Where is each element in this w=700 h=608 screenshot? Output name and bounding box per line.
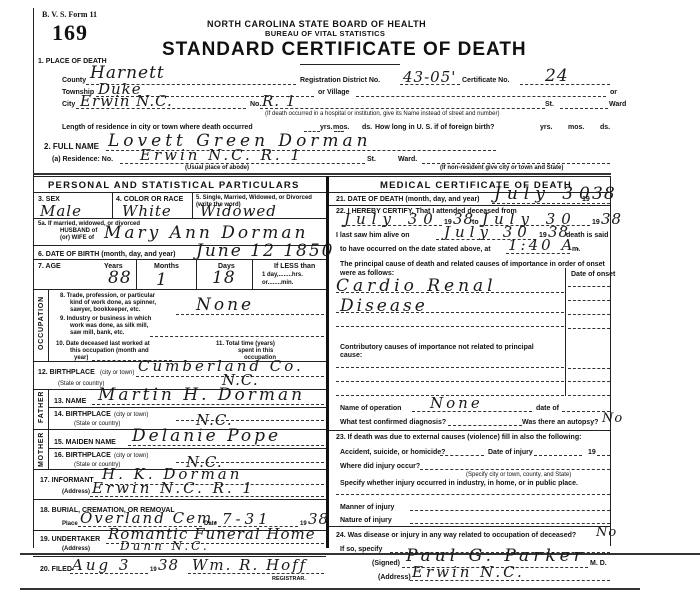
- spouse-label-3: (or) WIFE of: [60, 235, 94, 241]
- operation-label: Name of operation: [340, 405, 401, 412]
- page-title: STANDARD CERTIFICATE OF DEATH: [162, 39, 527, 61]
- residence-label: (a) Residence: No.: [52, 156, 113, 163]
- date-of-death-year-prefix: 19: [582, 196, 590, 203]
- age-row-line: [33, 289, 326, 290]
- contributory-line-2: [336, 381, 564, 382]
- date-of-onset-label: Date of onset: [571, 271, 615, 278]
- autopsy-row-line: [329, 430, 610, 431]
- date-of-death-year-value: 38: [592, 186, 616, 203]
- informant-label: 17. INFORMANT: [40, 477, 94, 484]
- residence-line: [120, 163, 365, 164]
- date-of-death-value: July 30: [494, 186, 596, 203]
- where-injury-line: [420, 469, 610, 470]
- onset-line-1: [568, 286, 610, 287]
- mother-maiden-label: 15. MAIDEN NAME: [54, 439, 116, 446]
- father-name-value: Martin H. Dorman: [98, 387, 305, 404]
- injury-year-prefix: 19: [588, 449, 596, 456]
- page-bottom-rule: [20, 588, 640, 590]
- registration-district-line: [400, 84, 460, 85]
- foreign-birth-label: How long in U. S. if of foreign birth?: [375, 124, 494, 131]
- undertaker-address-label: (Address): [62, 546, 90, 552]
- certificate-no-label: Certificate No.: [462, 77, 509, 84]
- birthplace-value: Cumberland Co.: [138, 359, 304, 374]
- informant-address-line: [90, 496, 324, 497]
- occupation-related-label: 24. Was disease or injury in any way rel…: [336, 532, 576, 539]
- city-value: Erwin N.C.: [80, 94, 173, 109]
- spouse-label-2: HUSBAND of: [60, 228, 97, 234]
- left-border: [33, 8, 34, 548]
- last-worked-label-1: 10. Date deceased last worked at: [56, 341, 150, 347]
- date-of-death-line: [492, 203, 610, 204]
- residence-st-label: St.: [367, 156, 376, 163]
- trade-label-3: sawyer, bookkeeper, etc.: [70, 307, 140, 313]
- form-id: B. V. S. Form 11: [42, 10, 97, 19]
- usual-place-note: (Usual place of abode): [185, 165, 249, 171]
- registrar-line: [188, 573, 324, 574]
- father-birthplace-city-label: (city or town): [114, 412, 148, 418]
- village-label: or Village: [318, 89, 349, 96]
- length-residence-label: Length of residence in city or town wher…: [62, 124, 253, 131]
- accident-line: [440, 455, 484, 456]
- onset-line-5: [568, 368, 610, 369]
- right-border: [610, 176, 611, 546]
- attended-to-year-value: 38: [601, 212, 622, 227]
- foreign-mos-label: mos.: [568, 124, 584, 131]
- cause-line-2-rule: [336, 312, 564, 313]
- no-line: [260, 108, 545, 109]
- md-label: M. D.: [590, 560, 607, 567]
- father-name-label: 13. NAME: [54, 398, 86, 405]
- date-of-injury-label: Date of injury: [488, 449, 533, 456]
- city-label: City: [62, 101, 75, 108]
- dob-row-line: [33, 259, 326, 260]
- external-causes-label: 23. If death was due to external causes …: [336, 434, 581, 441]
- nature-row-line: [329, 526, 610, 527]
- industry-label-2: work was done, as silk mill,: [70, 323, 148, 329]
- county-label: County: [62, 77, 86, 84]
- trade-value: None: [196, 297, 254, 314]
- city-line: [76, 108, 246, 109]
- or-label: or: [610, 89, 617, 96]
- no-label: No.: [250, 101, 261, 108]
- onset-line-4: [568, 328, 610, 329]
- sex-row-line: [33, 218, 326, 219]
- contributory-label: Contributory causes of importance not re…: [340, 344, 550, 361]
- address-label: (Address): [378, 574, 411, 581]
- village-line: [356, 96, 606, 97]
- contributory-line-1: [336, 367, 564, 368]
- mother-birthplace-line: [176, 462, 324, 463]
- industry-line: [150, 336, 324, 337]
- mother-maiden-value: Delanie Pope: [132, 428, 281, 445]
- industry-label-3: saw mill, bank, etc.: [70, 330, 124, 336]
- race-value: White: [122, 204, 172, 219]
- foreign-yrs-label: yrs.: [540, 124, 552, 131]
- residence-value: Erwin N.C. R. 1: [140, 148, 303, 163]
- months-value: 1: [156, 272, 168, 289]
- ds-label: ds.: [362, 124, 372, 131]
- bureau-name: BUREAU OF VITAL STATISTICS: [265, 29, 385, 38]
- father-side-divider: [48, 389, 49, 429]
- address-value: Erwin N.C.: [412, 565, 525, 580]
- no-value: R. 1: [262, 94, 296, 109]
- occupation-related-value: No: [596, 526, 617, 539]
- filed-date-line: [70, 573, 148, 574]
- attended-to-year-prefix: 19: [592, 219, 600, 226]
- st-label: St.: [545, 101, 554, 108]
- occupation-side-divider: [48, 289, 49, 361]
- injury-year-line: [597, 455, 610, 456]
- filed-year-value: 38: [158, 558, 179, 573]
- sex-race-divider: [112, 192, 113, 218]
- nature-injury-line: [410, 523, 610, 524]
- specify-city-note: (Specify city or town, county, and State…: [466, 472, 571, 478]
- title-underline: [300, 64, 400, 65]
- dob-value: June 12 1850: [196, 243, 334, 260]
- certificate-no-line: [520, 84, 610, 85]
- father-birthplace-line: [176, 420, 324, 421]
- onset-line-6: [568, 381, 610, 382]
- mother-maiden-row-line: [48, 448, 326, 449]
- months-days-divider: [196, 259, 197, 289]
- where-injury-label: Where did injury occur?: [340, 463, 420, 470]
- test-confirmed-line: [448, 425, 522, 426]
- attended-from-line: [342, 225, 442, 226]
- specify-industry-line: [336, 494, 610, 495]
- document-number: 169: [52, 20, 88, 46]
- section-divider-top: [33, 173, 611, 175]
- trade-label-1: 8. Trade, profession, or particular: [60, 293, 155, 299]
- total-time-label-1: 11. Total time (years): [216, 341, 275, 347]
- birthplace-label: 12. BIRTHPLACE: [38, 369, 95, 376]
- burial-place-label: Place: [62, 521, 78, 527]
- foreign-ds-label: ds.: [600, 124, 610, 131]
- yrs-label: yrs.: [320, 124, 332, 131]
- father-name-line: [92, 404, 324, 405]
- registration-district-value: 43-05': [403, 70, 456, 85]
- years-value: 88: [108, 270, 132, 287]
- ward-line: [560, 108, 608, 109]
- personal-title-line: [33, 192, 326, 193]
- mother-side-divider: [48, 429, 49, 469]
- occupation-side-label: OCCUPATION: [38, 296, 45, 350]
- cause-line-3-rule: [336, 326, 564, 327]
- months-label: Months: [154, 263, 179, 270]
- accident-label: Accident, suicide, or homicide?: [340, 449, 445, 456]
- total-time-label-2: spent in this: [238, 348, 273, 354]
- informant-address-label: (Address): [62, 489, 90, 495]
- manner-injury-line: [410, 510, 610, 511]
- mother-birthplace-label: 16. BIRTHPLACE: [54, 452, 111, 459]
- days-less-divider: [252, 259, 253, 289]
- dob-label: 6. DATE OF BIRTH (month, day, and year): [38, 251, 175, 258]
- last-worked-label-2: this occupation (month and: [70, 348, 149, 354]
- or-min-label: or........min.: [262, 280, 293, 286]
- mother-birthplace-city-label: (city or town): [114, 453, 148, 459]
- undertaker-label: 19. UNDERTAKER: [40, 536, 100, 543]
- mos-label: mos.: [333, 124, 349, 131]
- date-of-injury-line: [534, 455, 582, 456]
- registration-district-label: Registration District No.: [300, 77, 380, 84]
- operation-line: [412, 411, 532, 412]
- signed-label: (Signed): [372, 560, 400, 567]
- last-saw-label: I last saw him alive on: [336, 232, 410, 239]
- operation-value: None: [430, 396, 483, 411]
- autopsy-label: Was there an autopsy?: [522, 419, 598, 426]
- cause-line-1-rule: [336, 292, 564, 293]
- nature-injury-label: Nature of injury: [340, 517, 392, 524]
- onset-line-3: [568, 314, 610, 315]
- filed-date-value: Aug 3: [72, 558, 131, 573]
- burial-place-value: Overland Cem.: [80, 511, 220, 526]
- birthplace-city-label: (city or town): [100, 370, 134, 376]
- time-line: [506, 253, 570, 254]
- onset-line-2: [568, 300, 610, 301]
- father-side-label: FATHER: [38, 391, 45, 423]
- if-so-label: If so, specify: [340, 546, 382, 553]
- informant-row-line: [33, 499, 326, 500]
- days-value: 18: [212, 270, 236, 287]
- specify-industry-label: Specify whether injury occurred in indus…: [340, 480, 578, 487]
- registrar-value: Wm. R. Hoff: [192, 558, 307, 573]
- hospital-note: (If death occurred in a hospital or inst…: [265, 111, 499, 117]
- date-of-death-row-line: [329, 205, 610, 206]
- filed-label: 20. FILED: [40, 566, 72, 573]
- trade-line: [176, 314, 324, 315]
- filed-year-prefix: 19: [150, 567, 157, 573]
- undertaker-address-value: Dunn N.C.: [120, 540, 210, 552]
- registrar-label: REGISTRAR.: [272, 577, 306, 583]
- industry-label-1: 9. Industry or business in which: [60, 316, 151, 322]
- autopsy-value: No: [602, 412, 623, 425]
- date-of-death-label: 21. DATE OF DEATH (month, day, and year): [336, 196, 480, 203]
- informant-address-value: Erwin N.C. R. 1: [92, 481, 255, 496]
- father-birthplace-label: 14. BIRTHPLACE: [54, 411, 111, 418]
- father-name-row-line: [48, 407, 326, 408]
- certificate-no-value: 24: [545, 68, 569, 85]
- years-months-divider: [136, 259, 137, 289]
- less-than-label: If LESS than: [274, 263, 315, 270]
- address-line: [410, 580, 610, 581]
- mother-side-label: MOTHER: [38, 432, 45, 467]
- spouse-value: Mary Ann Dorman: [104, 225, 308, 242]
- race-marital-divider: [192, 192, 193, 218]
- father-birthplace-state-label: (State or country): [74, 421, 120, 427]
- death-certificate: B. V. S. Form 11 169 NORTH CAROLINA STAT…: [0, 0, 700, 608]
- marital-value: Widowed: [200, 204, 277, 219]
- manner-injury-label: Manner of injury: [340, 504, 394, 511]
- test-confirmed-label: What test confirmed diagnosis?: [340, 419, 446, 426]
- m-label: m.: [572, 246, 580, 253]
- personal-section-title: PERSONAL AND STATISTICAL PARTICULARS: [48, 180, 300, 191]
- trade-label-2: kind of work done, as spinner,: [70, 300, 156, 306]
- non-resident-note: (If non-resident give city or town and S…: [440, 165, 563, 171]
- onset-column-divider: [565, 268, 566, 396]
- agency-name: NORTH CAROLINA STATE BOARD OF HEALTH: [207, 19, 426, 29]
- occurred-label: to have occurred on the date stated abov…: [340, 246, 491, 253]
- full-name-label: 2. FULL NAME: [44, 143, 99, 151]
- residence-nonres-line: [422, 163, 610, 164]
- bottom-border: [20, 553, 700, 555]
- column-divider: [326, 176, 329, 548]
- age-label: 7. AGE: [38, 263, 61, 270]
- day-hrs-label: 1 day,........hrs.: [262, 272, 303, 278]
- mother-maiden-line: [128, 445, 324, 446]
- ward-label: Ward: [609, 101, 626, 108]
- onset-line-7: [568, 395, 610, 396]
- residence-ward-label: Ward.: [398, 156, 417, 163]
- sex-value: Male: [40, 204, 82, 219]
- date-of-label: date of: [536, 405, 559, 412]
- section-divider-bottom: [33, 176, 611, 177]
